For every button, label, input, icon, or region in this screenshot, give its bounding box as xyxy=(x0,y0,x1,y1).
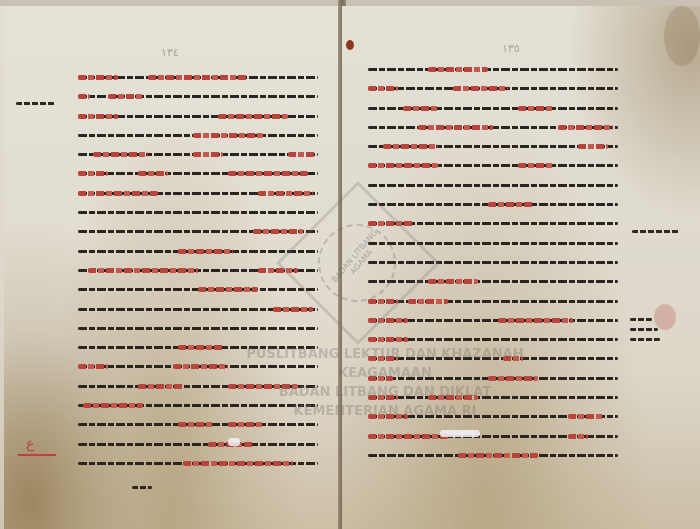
text-line xyxy=(78,462,318,465)
ink-stain xyxy=(346,40,354,50)
corner-stain xyxy=(664,6,700,66)
text-line xyxy=(368,145,618,148)
text-line xyxy=(78,76,318,79)
text-line xyxy=(78,327,318,330)
text-line xyxy=(368,454,618,457)
text-line xyxy=(78,153,318,156)
text-line xyxy=(368,164,618,167)
text-line xyxy=(368,107,618,110)
text-line xyxy=(368,222,618,225)
red-stain xyxy=(654,304,676,330)
text-line xyxy=(368,338,618,341)
text-line xyxy=(368,68,618,71)
light-glare xyxy=(228,438,240,446)
text-line xyxy=(78,192,318,195)
bottom-catchword xyxy=(132,486,152,489)
watermark-line-1: PUSLITBANG LEKTUR DAN KHAZANAH KEAGAMAAN xyxy=(205,345,565,383)
text-line xyxy=(78,95,318,98)
right-margin-note-upper xyxy=(632,230,680,233)
text-line xyxy=(78,230,318,233)
right-margin-note-lower xyxy=(630,318,652,321)
text-line xyxy=(368,435,618,438)
red-underline xyxy=(18,454,56,456)
text-line xyxy=(78,443,318,446)
text-line xyxy=(78,115,318,118)
text-line xyxy=(78,250,318,253)
manuscript-spread: ١٣٤ ع xyxy=(0,0,700,529)
left-margin-red-mark: ع xyxy=(26,436,34,452)
watermark-line-2: BADAN LITBANG DAN DIKLAT xyxy=(205,383,565,402)
right-margin-note-lower xyxy=(630,328,658,331)
text-line xyxy=(78,211,318,214)
text-line xyxy=(78,134,318,137)
left-page-number: ١٣٤ xyxy=(161,46,179,59)
text-line xyxy=(368,184,618,187)
text-line xyxy=(78,172,318,175)
text-line xyxy=(368,203,618,206)
text-line xyxy=(368,319,618,322)
text-line xyxy=(78,423,318,426)
right-margin-note-lower xyxy=(630,338,660,341)
watermark-text: PUSLITBANG LEKTUR DAN KHAZANAH KEAGAMAAN… xyxy=(205,345,565,421)
text-line xyxy=(368,126,618,129)
left-margin-note xyxy=(16,102,56,105)
text-line xyxy=(368,300,618,303)
text-line xyxy=(78,308,318,311)
watermark-line-3: KEMENTERIAN AGAMA RI xyxy=(205,402,565,421)
text-line xyxy=(368,87,618,90)
text-line xyxy=(78,288,318,291)
light-glare xyxy=(440,430,480,437)
right-page-number: ١٣٥ xyxy=(502,42,520,55)
